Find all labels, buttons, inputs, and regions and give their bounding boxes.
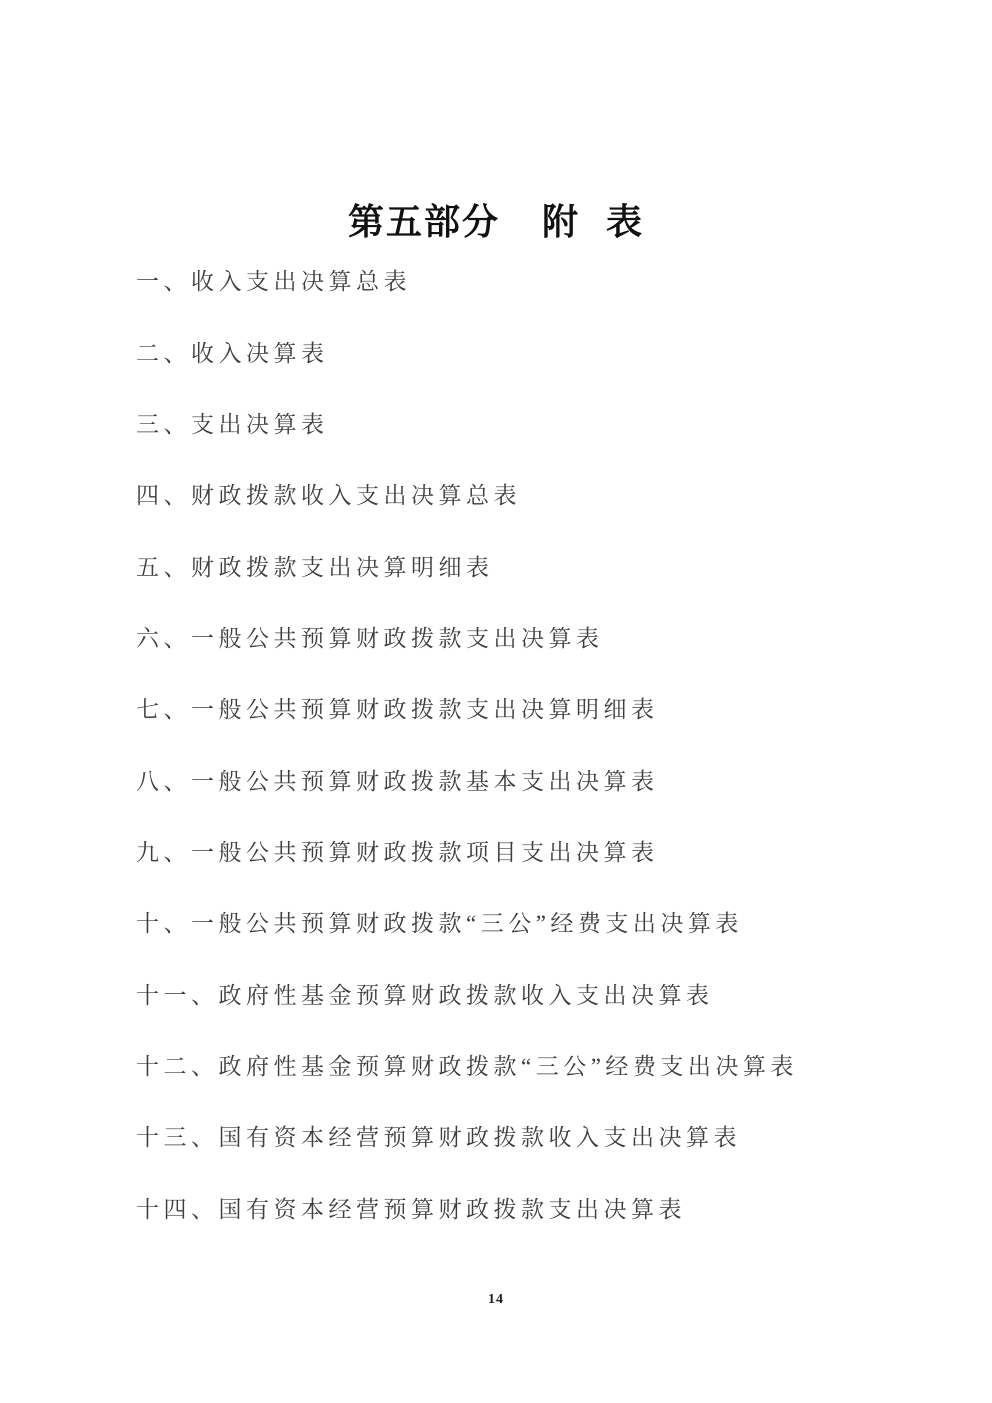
toc-item-8: 八、一般公共预算财政拨款基本支出决算表 [136, 743, 952, 814]
toc-item-6: 六、一般公共预算财政拨款支出决算表 [136, 601, 952, 672]
toc-item-4: 四、财政拨款收入支出决算总表 [136, 458, 952, 529]
toc-item-3: 三、支出决算表 [136, 387, 952, 458]
toc-item-11: 十一、政府性基金预算财政拨款收入支出决算表 [136, 957, 952, 1028]
page-title: 第五部分 附 表 [0, 204, 992, 240]
toc-item-10: 十、一般公共预算财政拨款“三公”经费支出决算表 [136, 886, 952, 957]
toc-item-14: 十四、国有资本经营预算财政拨款支出决算表 [136, 1171, 952, 1242]
toc-item-12: 十二、政府性基金预算财政拨款“三公”经费支出决算表 [136, 1029, 952, 1100]
toc-list: 一、收入支出决算总表 二、收入决算表 三、支出决算表 四、财政拨款收入支出决算总… [136, 244, 952, 1243]
page-number: 14 [0, 1292, 992, 1308]
toc-item-5: 五、财政拨款支出决算明细表 [136, 529, 952, 600]
toc-item-2: 二、收入决算表 [136, 315, 952, 386]
toc-item-1: 一、收入支出决算总表 [136, 244, 952, 315]
document-page: 第五部分 附 表 一、收入支出决算总表 二、收入决算表 三、支出决算表 四、财政… [0, 0, 992, 1403]
title-label: 附 表 [542, 201, 644, 242]
toc-item-13: 十三、国有资本经营预算财政拨款收入支出决算表 [136, 1100, 952, 1171]
toc-item-9: 九、一般公共预算财政拨款项目支出决算表 [136, 815, 952, 886]
toc-item-7: 七、一般公共预算财政拨款支出决算明细表 [136, 672, 952, 743]
section-label: 第五部分 [348, 201, 500, 242]
